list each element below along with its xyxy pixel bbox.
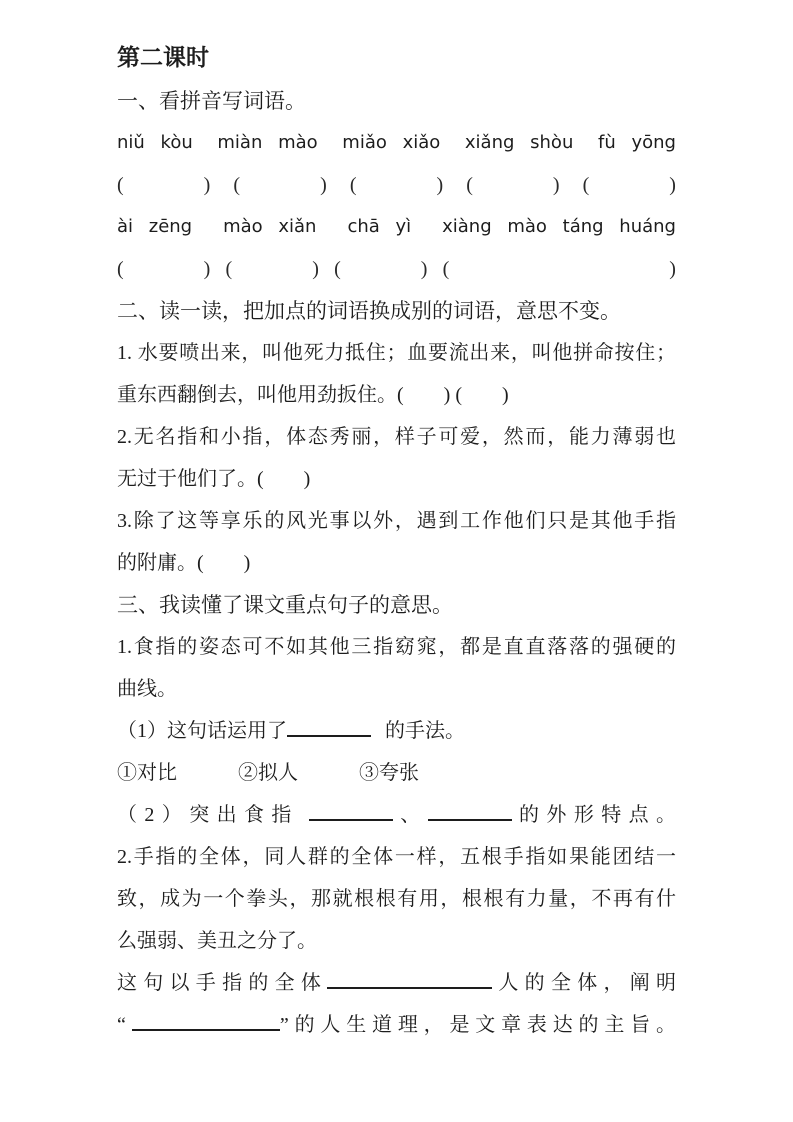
fill-in-blank [428, 796, 512, 821]
pinyin-word-group: miàn mào [217, 122, 317, 164]
exercise-line: 1. 水要喷出来，叫他死力抵住；血要流出来，叫他拼命按住； [117, 332, 676, 374]
option-label: ①对比 [117, 752, 177, 794]
question-line: （1）这句话运用了的手法。 [117, 710, 676, 752]
fill-in-blank [327, 964, 492, 989]
answer-paren-row-1: ( ) ( ) ( ) ( ) ( ) [117, 164, 676, 206]
exercise-line: 的附庸。( ) [117, 542, 676, 584]
exercise-line: 重东西翻倒去，叫他用劲扳住。( ) ( ) [117, 374, 676, 416]
answer-paren-cell: ( ) [466, 164, 559, 206]
lesson-title: 第二课时 [117, 36, 676, 80]
question-line: “”的人生道理，是文章表达的主旨。 [117, 1004, 676, 1046]
answer-paren-cell: ( ) [350, 164, 443, 206]
question-text: 的手法。 [385, 720, 465, 742]
section2-heading: 二、读一读，把加点的词语换成别的词语，意思不变。 [117, 290, 676, 332]
pinyin-word-group: miǎo xiǎo [342, 122, 440, 164]
answer-paren-cell: ( ) [334, 248, 427, 290]
option-label: ③夸张 [359, 752, 419, 794]
question-text: 、 [393, 804, 428, 826]
question-line: （2）突出食指、的外形特点。 [117, 794, 676, 836]
question-text: 这句以手指的全体 [117, 972, 327, 994]
question-text: 的外形特点。 [512, 804, 676, 826]
quoted-sentence-line: 致，成为一个拳头，那就根根有用，根根有力量，不再有什 [117, 878, 676, 920]
option-label: ②拟人 [238, 752, 298, 794]
pinyin-word-group: fù yōng [598, 122, 676, 164]
answer-paren-cell-wide: ( ) [443, 248, 676, 290]
answer-paren-row-2: ( ) ( ) ( ) ( ) [117, 248, 676, 290]
fill-in-blank [287, 712, 371, 737]
options-line: ①对比 ②拟人 ③夸张 [117, 752, 676, 794]
section1-heading: 一、看拼音写词语。 [117, 80, 676, 122]
answer-paren-cell: ( ) [117, 248, 210, 290]
pinyin-word-group: xiǎng shòu [465, 122, 573, 164]
pinyin-word-group: ài zēng [117, 206, 192, 248]
pinyin-row-1: niǔ kòu miàn mào miǎo xiǎo xiǎng shòu fù… [117, 122, 676, 164]
quoted-sentence-line: 曲线。 [117, 668, 676, 710]
fill-in-blank [132, 1006, 280, 1031]
exercise-line: 2.无名指和小指，体态秀丽，样子可爱，然而，能力薄弱也 [117, 416, 676, 458]
quoted-sentence-line: 1.食指的姿态可不如其他三指窈窕，都是直直落落的强硬的 [117, 626, 676, 668]
exercise-line: 3.除了这等享乐的风光事以外，遇到工作他们只是其他手指 [117, 500, 676, 542]
question-text: （1）这句话运用了 [117, 720, 287, 742]
question-line: 这句以手指的全体人的全体，阐明 [117, 962, 676, 1004]
section3-heading: 三、我读懂了课文重点句子的意思。 [117, 584, 676, 626]
pinyin-row-2: ài zēng mào xiǎn chā yì xiàng mào táng h… [117, 206, 676, 248]
answer-paren-cell: ( ) [233, 164, 326, 206]
exercise-line: 无过于他们了。( ) [117, 458, 676, 500]
question-text: （2）突出食指 [117, 804, 299, 826]
quoted-sentence-line: 么强弱、美丑之分了。 [117, 920, 676, 962]
question-text: 人的全体，阐明 [492, 972, 676, 994]
answer-paren-cell: ( ) [117, 164, 210, 206]
question-text: ”的人生道理，是文章表达的主旨。 [280, 1014, 676, 1036]
worksheet-page: 第二课时 一、看拼音写词语。 niǔ kòu miàn mào miǎo xiǎ… [0, 0, 793, 1122]
pinyin-word-group: xiàng mào táng huáng [442, 206, 676, 248]
fill-in-blank [309, 796, 393, 821]
pinyin-word-group: chā yì [347, 206, 411, 248]
question-text: “ [117, 1014, 126, 1036]
pinyin-word-group: mào xiǎn [223, 206, 316, 248]
quoted-sentence-line: 2.手指的全体，同人群的全体一样，五根手指如果能团结一 [117, 836, 676, 878]
answer-paren-cell: ( ) [226, 248, 319, 290]
answer-paren-cell: ( ) [583, 164, 676, 206]
pinyin-word-group: niǔ kòu [117, 122, 193, 164]
